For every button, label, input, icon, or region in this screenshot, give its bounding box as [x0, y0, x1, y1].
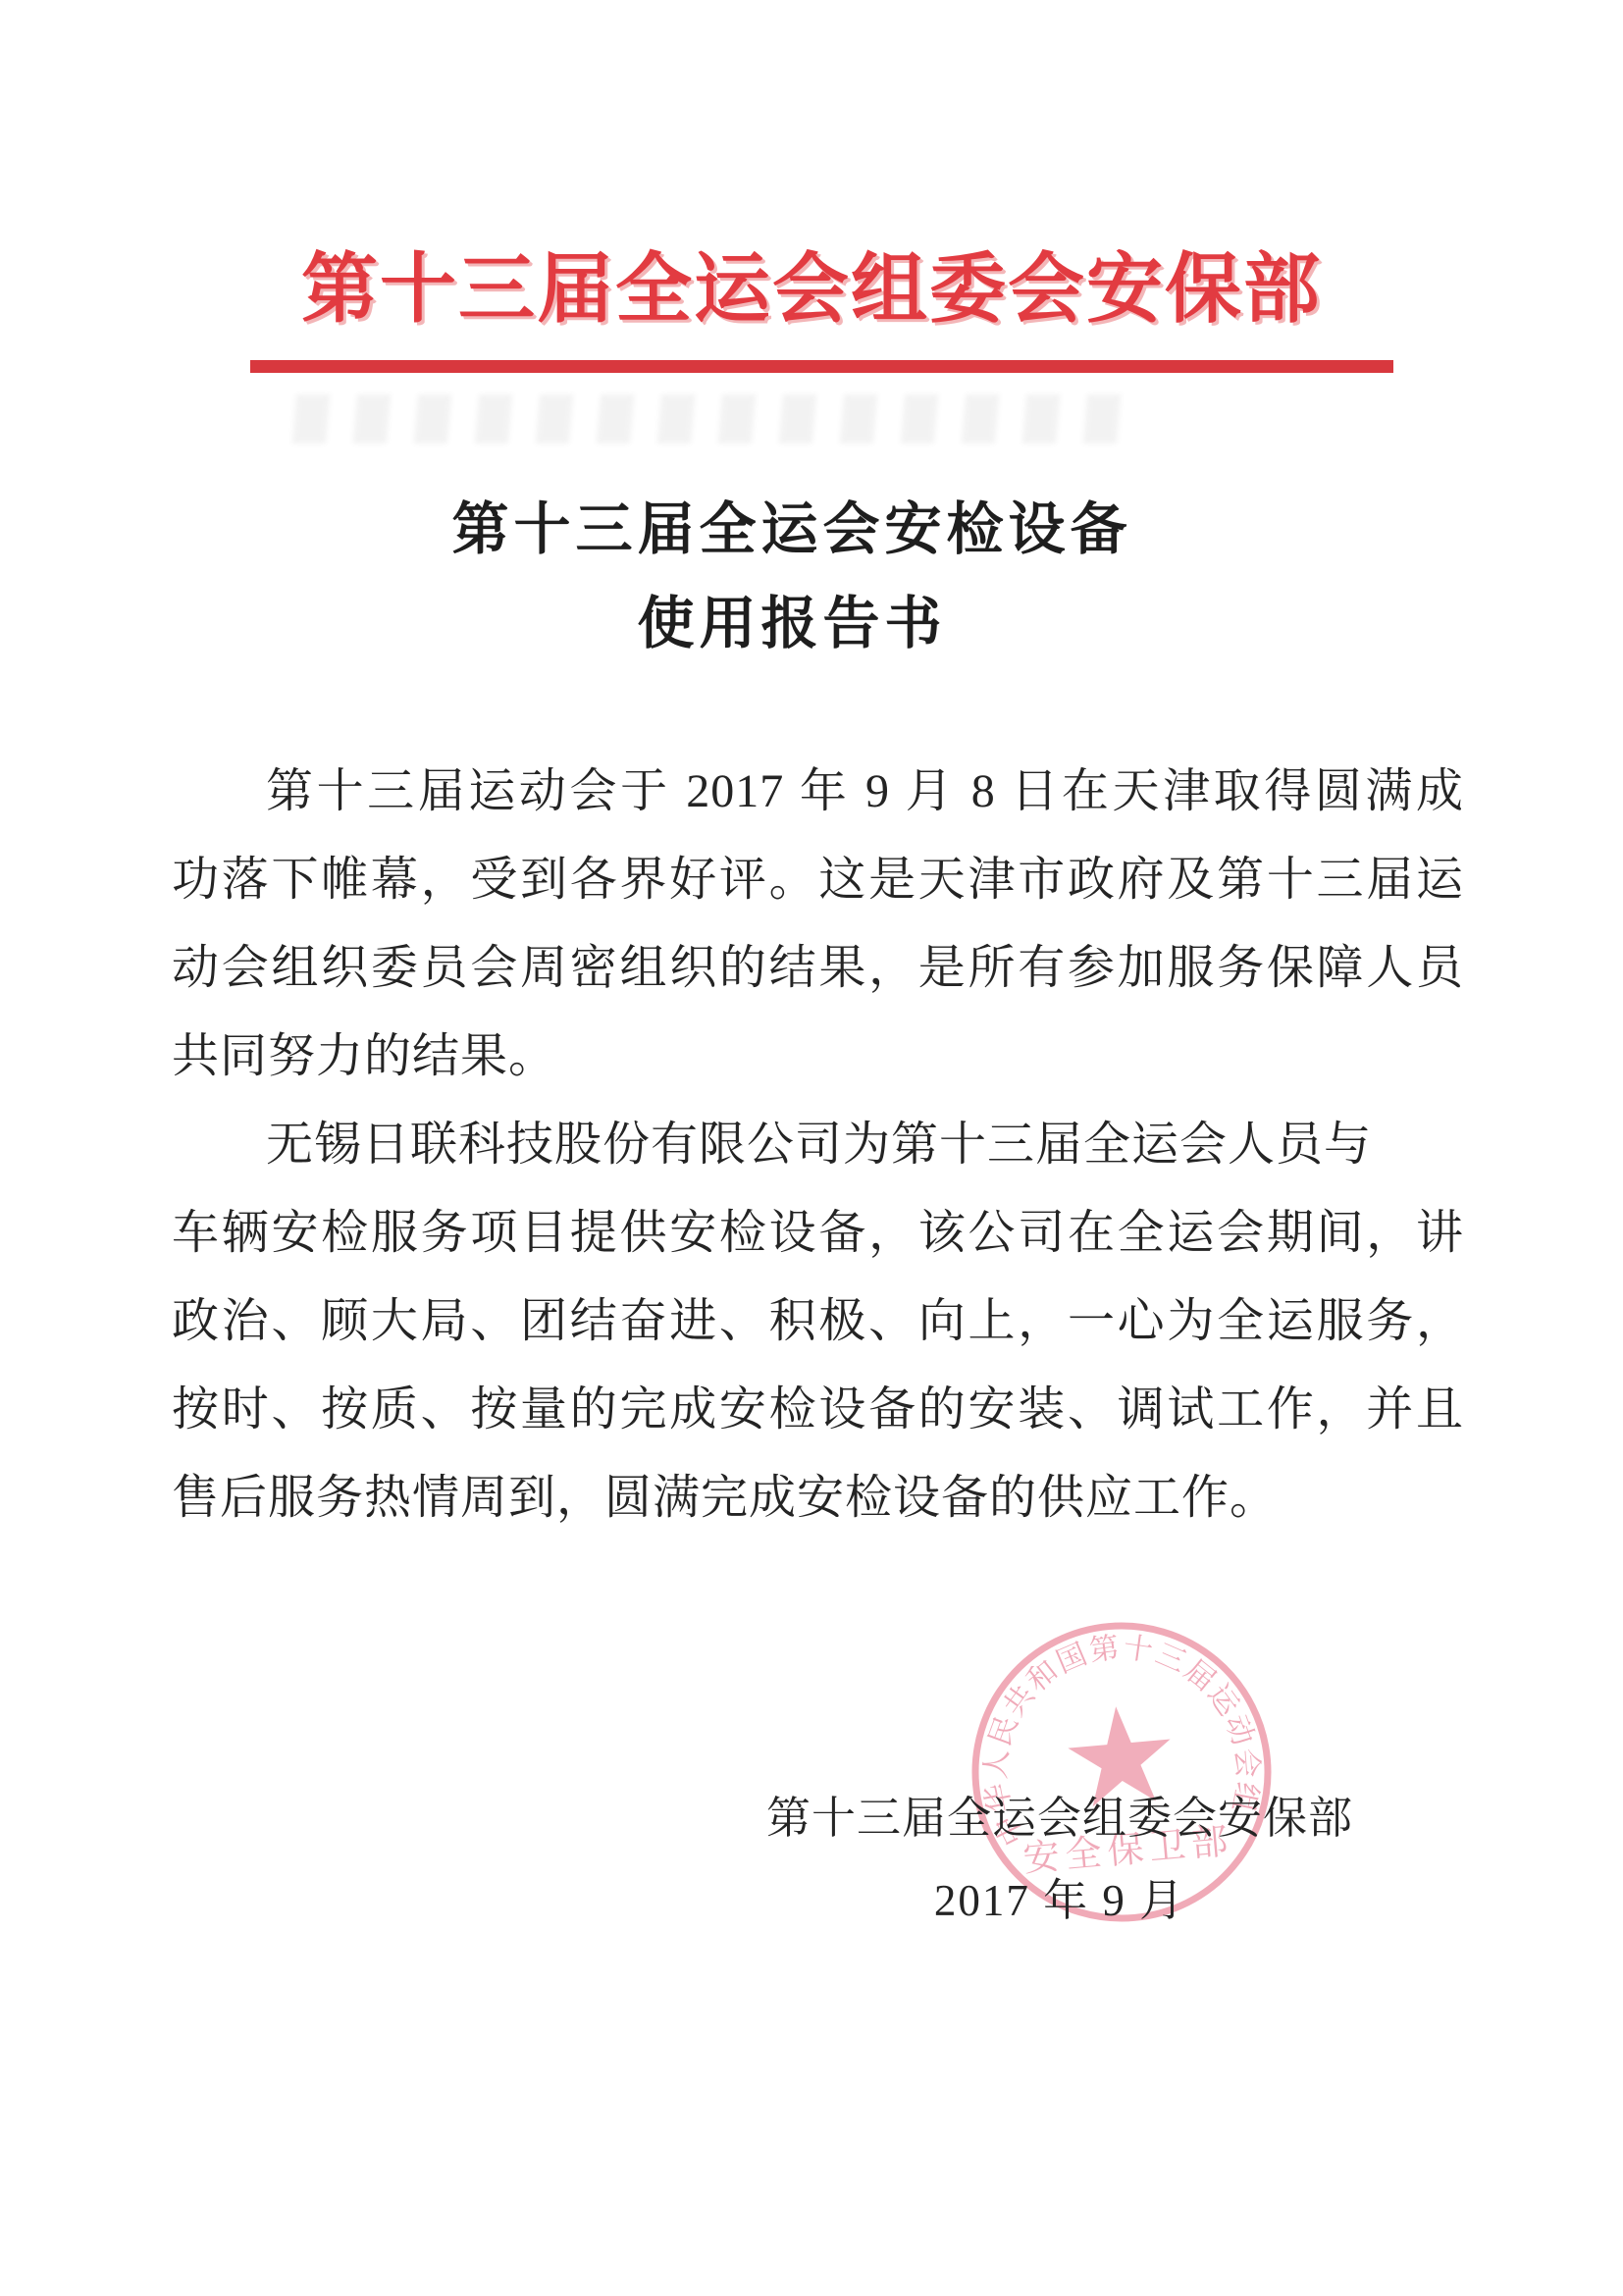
letterhead-rule [250, 360, 1393, 373]
scanned-document-page: 第十三届全运会组委会安保部 第十三届全运会安检设备 使用报告书 第十三届运动会于… [0, 0, 1623, 2296]
body-line: 售后服务热情周到，圆满完成安检设备的供应工作。 [172, 1454, 1464, 1542]
document-title: 第十三届全运会安检设备 使用报告书 [0, 483, 1584, 671]
document-title-line1: 第十三届全运会安检设备 [0, 483, 1584, 577]
scan-bleed-smudge [292, 394, 1140, 444]
body-line: 第十三届运动会于 2017 年 9 月 8 日在天津取得圆满成 [172, 748, 1464, 836]
document-title-line2: 使用报告书 [0, 577, 1584, 671]
body-line: 功落下帷幕，受到各界好评。这是天津市政府及第十三届运 [172, 836, 1464, 924]
body-line: 按时、按质、按量的完成安检设备的安装、调试工作，并且 [172, 1366, 1464, 1454]
letterhead-org-name: 第十三届全运会组委会安保部 [0, 228, 1623, 338]
signature-date: 2017 年 9 月 [765, 1864, 1354, 1928]
body-text: 第十三届运动会于 2017 年 9 月 8 日在天津取得圆满成 功落下帷幕，受到… [172, 748, 1464, 1542]
signature-org: 第十三届全运会组委会安保部 [765, 1782, 1354, 1846]
body-line: 动会组织委员会周密组织的结果，是所有参加服务保障人员 [172, 924, 1464, 1013]
body-line: 共同努力的结果。 [172, 1013, 1464, 1101]
body-line: 车辆安检服务项目提供安检设备，该公司在全运会期间，讲 [172, 1189, 1464, 1278]
body-line: 政治、顾大局、团结奋进、积极、向上，一心为全运服务， [172, 1278, 1464, 1366]
body-line: 无锡日联科技股份有限公司为第十三届全运会人员与 [172, 1101, 1464, 1189]
